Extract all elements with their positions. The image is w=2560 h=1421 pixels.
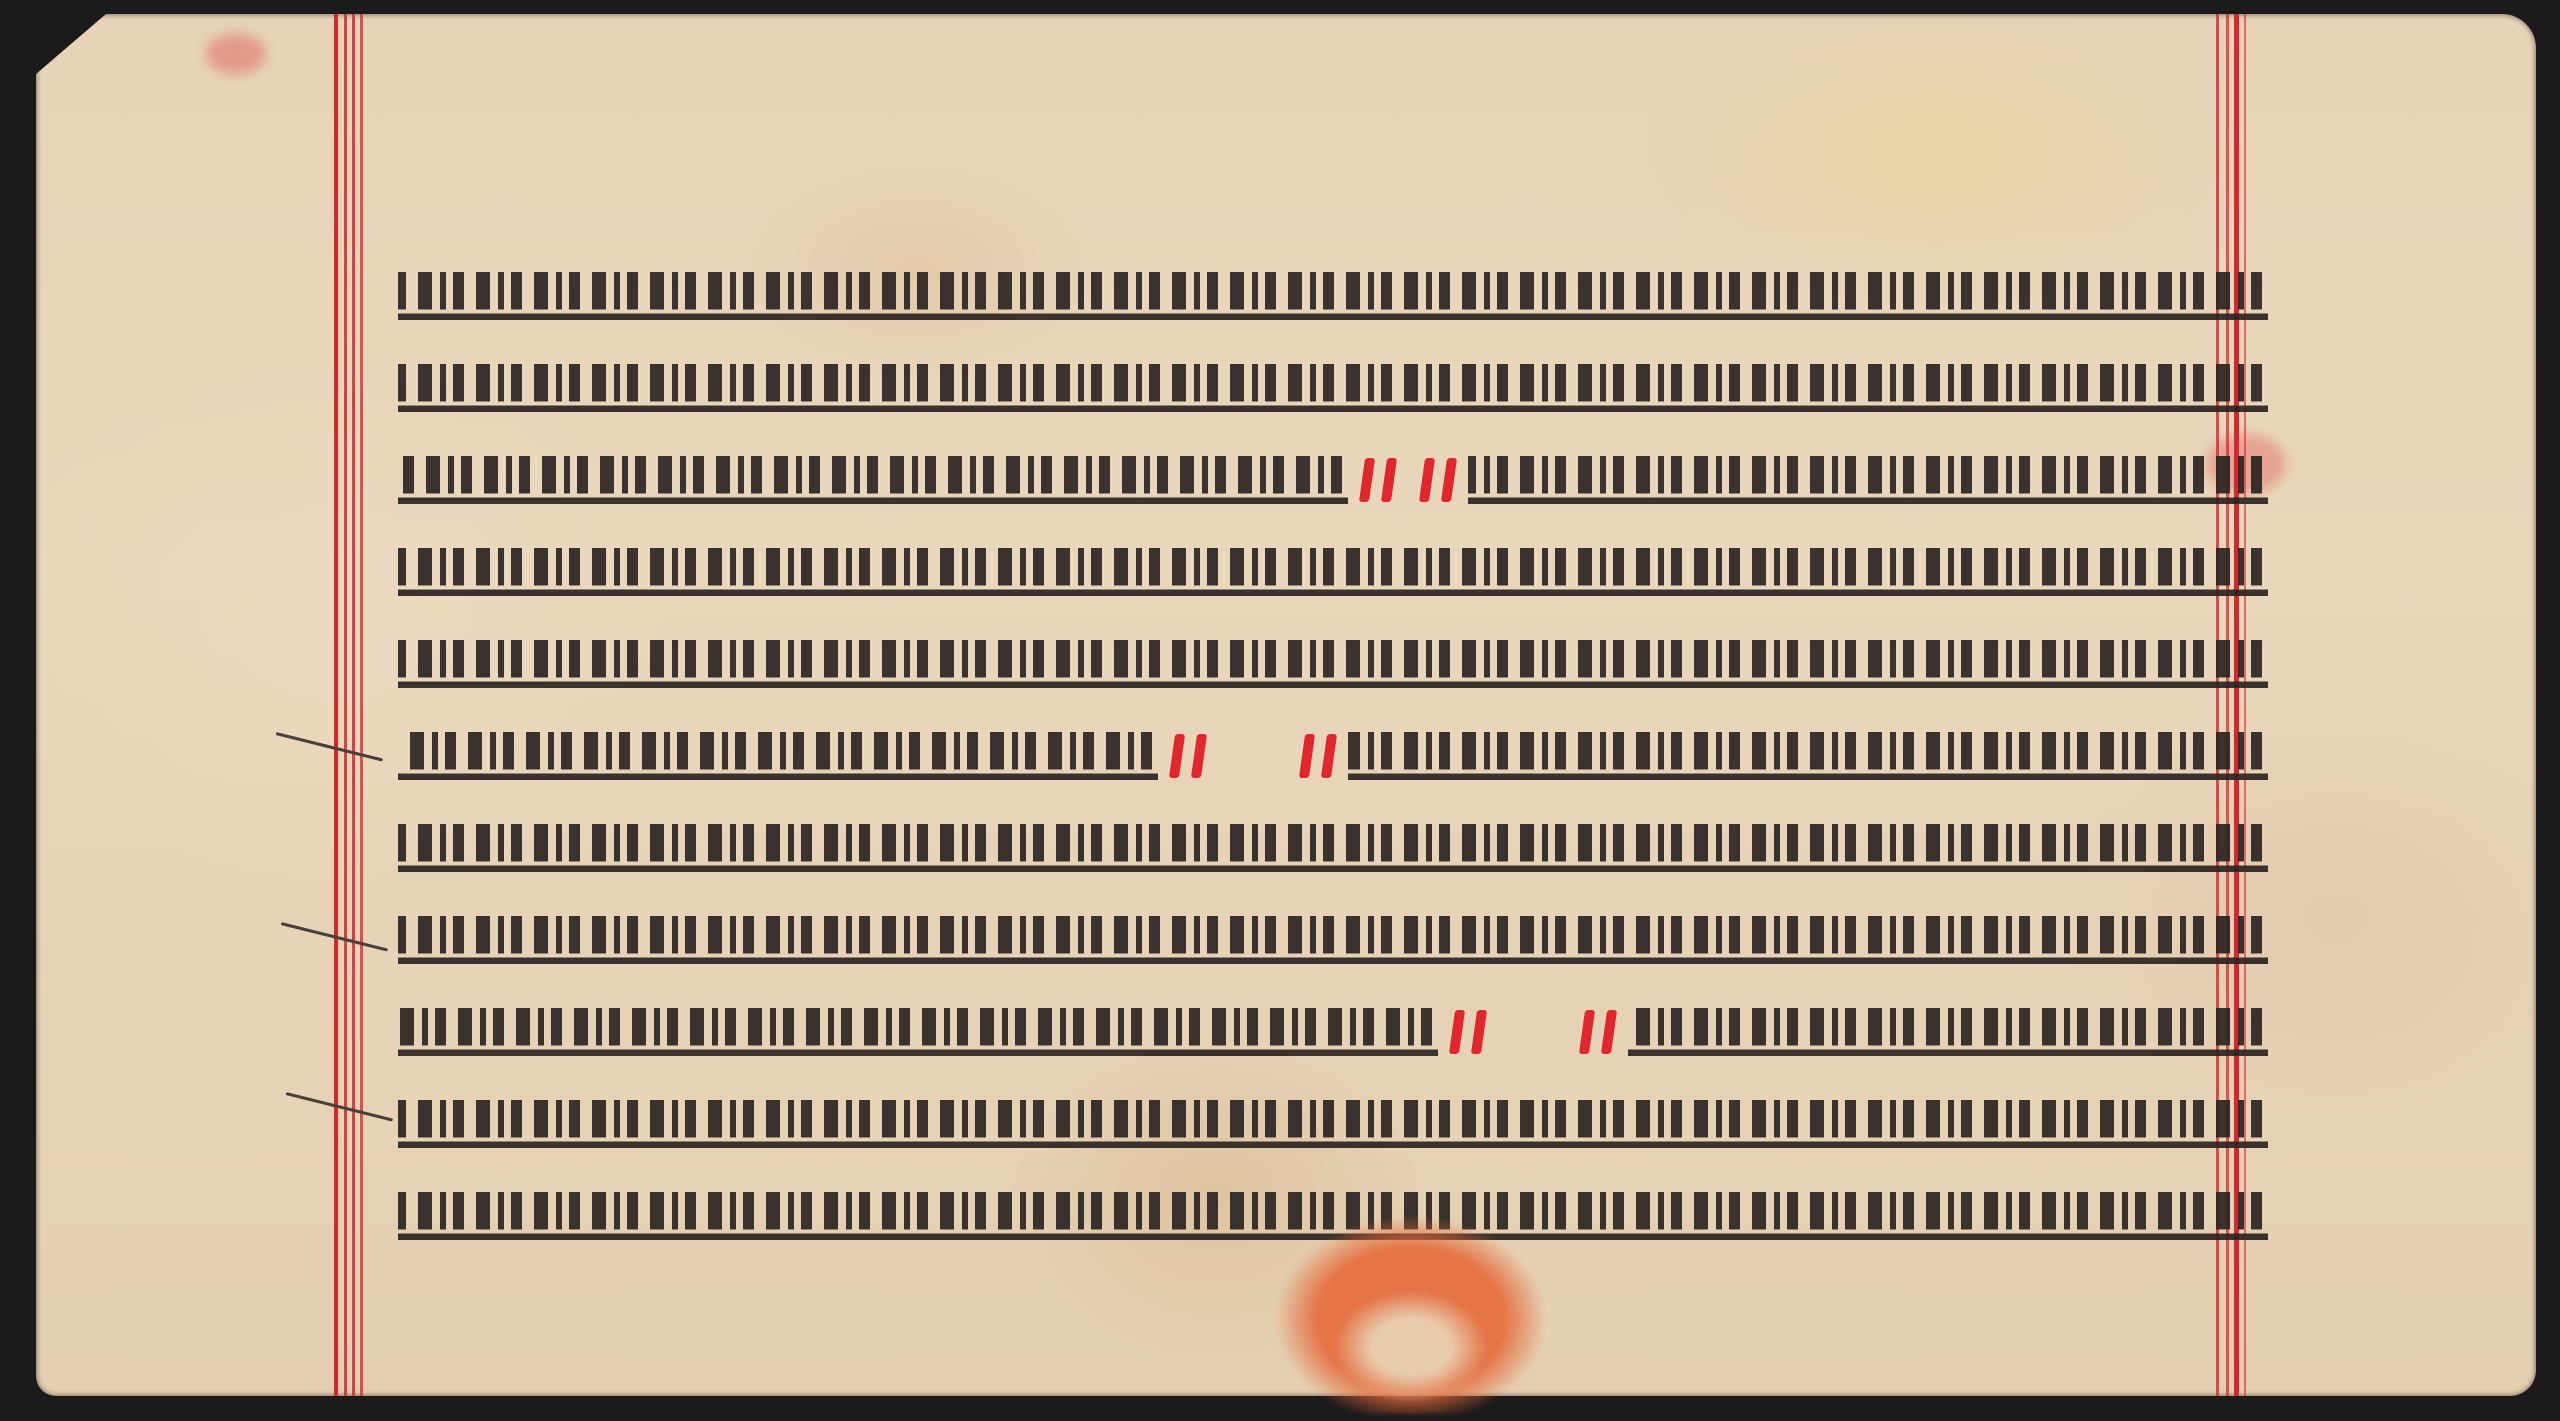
double-danda-mark	[1362, 456, 1394, 504]
text-line-9	[398, 986, 2268, 1078]
text-line-1	[398, 250, 2268, 342]
double-danda-mark	[1452, 1008, 1484, 1056]
double-danda-mark	[1172, 732, 1204, 780]
double-danda-mark	[1302, 732, 1334, 780]
text-line-5	[398, 618, 2268, 710]
text-line-6	[398, 710, 2268, 802]
text-line-8	[398, 894, 2268, 986]
text-line-4	[398, 526, 2268, 618]
manuscript-folio	[36, 14, 2536, 1396]
text-block	[398, 250, 2268, 1262]
text-line-10	[398, 1078, 2268, 1170]
left-margin-rule	[326, 14, 376, 1396]
red-pigment-stain	[1246, 1204, 1576, 1414]
text-line-3	[398, 434, 2268, 526]
text-line-2	[398, 342, 2268, 434]
double-danda-mark	[1582, 1008, 1614, 1056]
double-danda-mark	[1422, 456, 1454, 504]
paper-stain	[206, 34, 266, 74]
text-line-7	[398, 802, 2268, 894]
